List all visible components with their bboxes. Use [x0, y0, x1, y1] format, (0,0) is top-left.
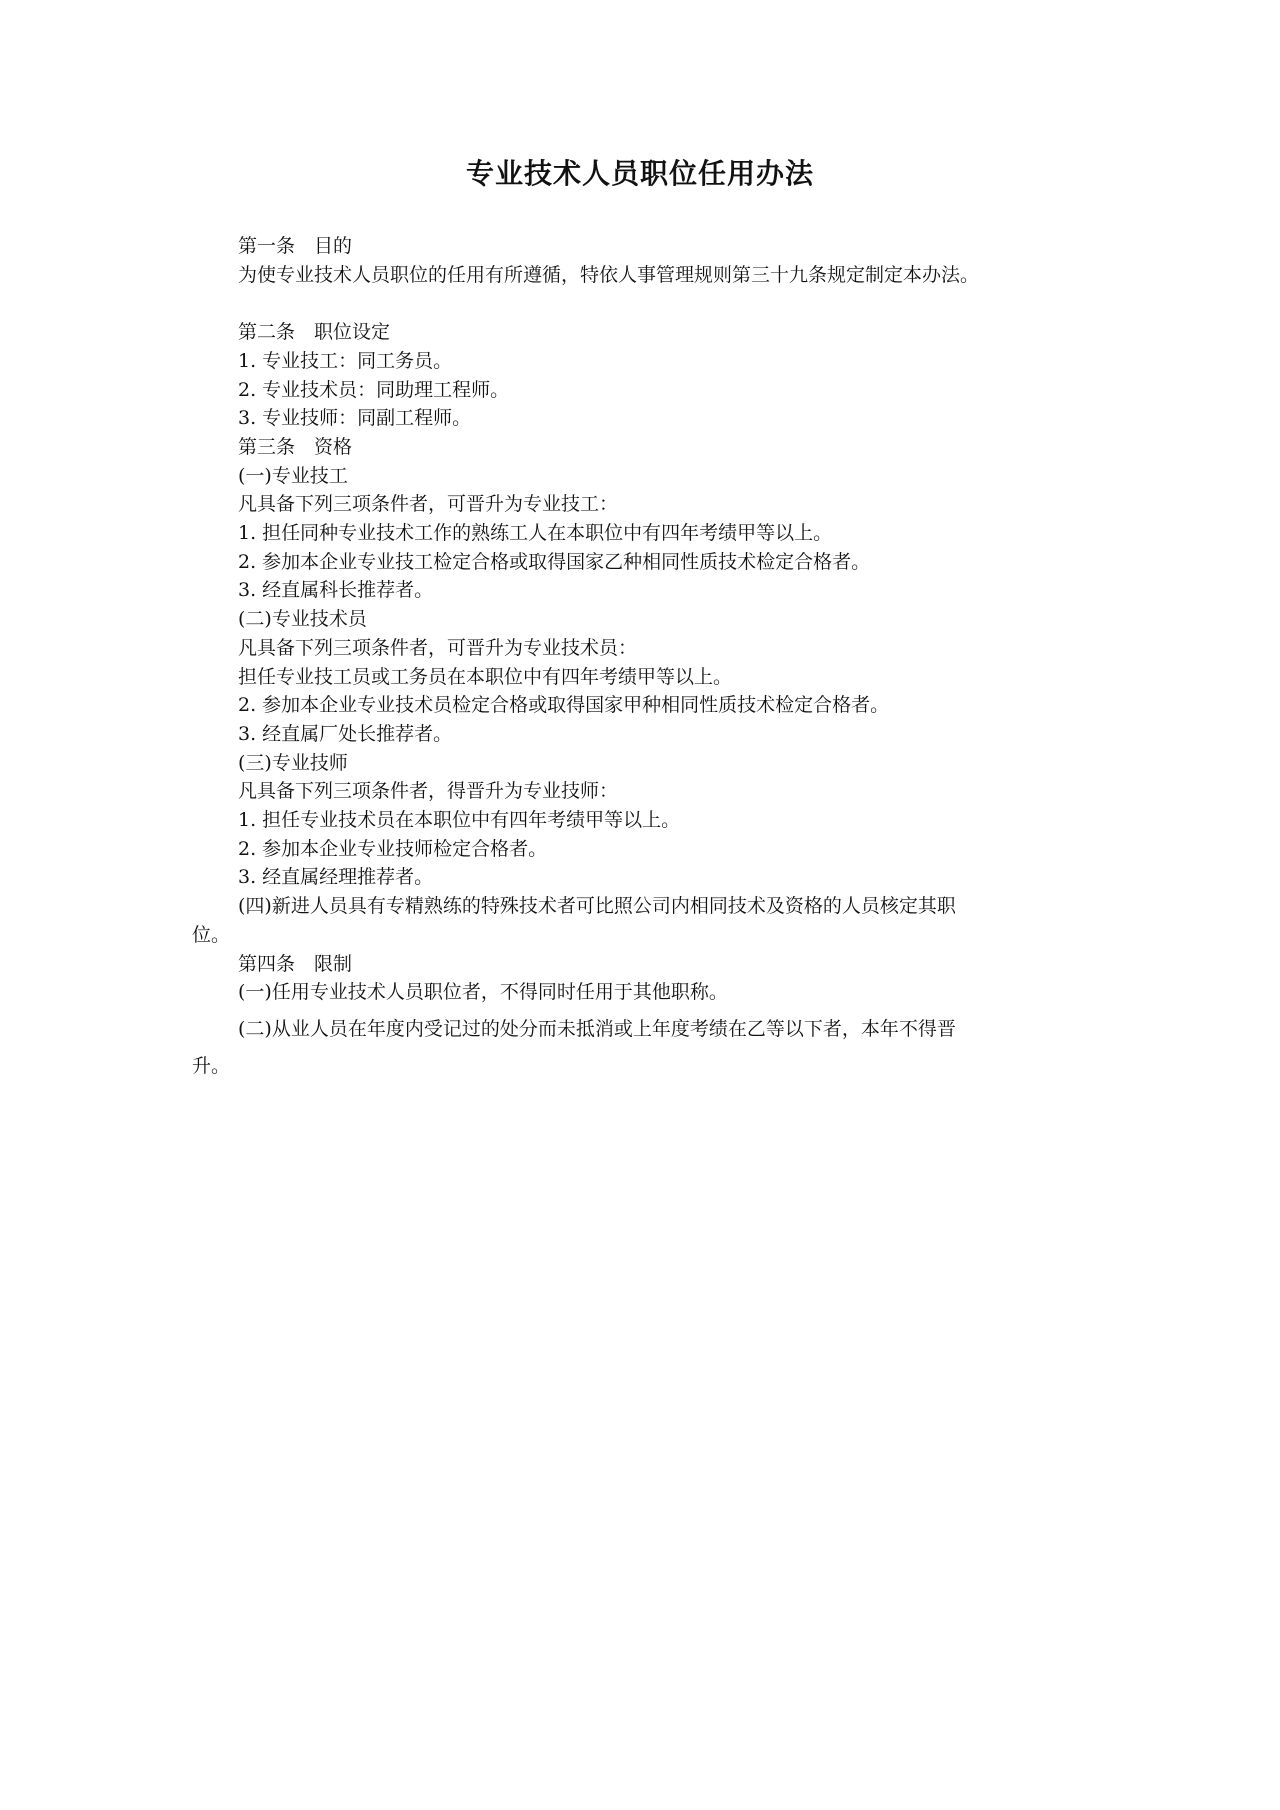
article-3-heading: 第三条 资格	[238, 433, 1118, 462]
article-3-sub1-heading: (一)专业技工	[238, 462, 1118, 491]
document-title: 专业技术人员职位任用办法	[0, 152, 1280, 192]
article-4-heading: 第四条 限制	[238, 950, 1118, 979]
article-3-sub2-item: 担任专业技工员或工务员在本职位中有四年考绩甲等以上。	[238, 663, 1118, 692]
article-3-sub3-item: 1. 担任专业技术员在本职位中有四年考绩甲等以上。	[238, 806, 1118, 835]
article-1-heading: 第一条 目的	[238, 232, 1118, 261]
article-4-item: (一)任用专业技术人员职位者，不得同时任用于其他职称。	[238, 978, 1118, 1007]
article-3-sub1-item: 1. 担任同种专业技术工作的熟练工人在本职位中有四年考绩甲等以上。	[238, 519, 1118, 548]
article-3-sub3-item: 3. 经直属经理推荐者。	[238, 863, 1118, 892]
article-2-heading: 第二条 职位设定	[238, 318, 1118, 347]
document-page: 专业技术人员职位任用办法 第一条 目的 为使专业技术人员职位的任用有所遵循，特依…	[0, 0, 1280, 1810]
article-3-sub1-intro: 凡具备下列三项条件者，可晋升为专业技工：	[238, 490, 1118, 519]
article-3-sub2-intro: 凡具备下列三项条件者，可晋升为专业技术员：	[238, 634, 1118, 663]
article-3-sub4-text: (四)新进人员具有专精熟练的特殊技术者可比照公司内相同技术及资格的人员核定其职	[238, 892, 1118, 921]
article-4-item: (二)从业人员在年度内受记过的处分而未抵消或上年度考绩在乙等以下者，本年不得晋	[238, 1011, 1118, 1048]
article-2-item: 3. 专业技师：同副工程师。	[238, 404, 1118, 433]
article-2-item: 1. 专业技工：同工务员。	[238, 347, 1118, 376]
article-1-text: 为使专业技术人员职位的任用有所遵循，特依人事管理规则第三十九条规定制定本办法。	[238, 261, 1118, 290]
article-2-item: 2. 专业技术员：同助理工程师。	[238, 376, 1118, 405]
article-3-sub1-item: 2. 参加本企业专业技工检定合格或取得国家乙种相同性质技术检定合格者。	[238, 548, 1118, 577]
article-3-sub3-heading: (三)专业技师	[238, 749, 1118, 778]
article-3-sub3-intro: 凡具备下列三项条件者，得晋升为专业技师：	[238, 777, 1118, 806]
article-3-sub2-item: 3. 经直属厂处长推荐者。	[238, 720, 1118, 749]
document-body: 第一条 目的 为使专业技术人员职位的任用有所遵循，特依人事管理规则第三十九条规定…	[238, 232, 1118, 1085]
article-3-sub2-item: 2. 参加本企业专业技术员检定合格或取得国家甲种相同性质技术检定合格者。	[238, 691, 1118, 720]
blank-line	[238, 289, 1118, 318]
article-3-sub4-text-continued: 位。	[192, 921, 1118, 950]
article-3-sub3-item: 2. 参加本企业专业技师检定合格者。	[238, 835, 1118, 864]
article-3-sub1-item: 3. 经直属科长推荐者。	[238, 576, 1118, 605]
article-4-item-continued: 升。	[192, 1048, 1118, 1085]
article-3-sub2-heading: (二)专业技术员	[238, 605, 1118, 634]
